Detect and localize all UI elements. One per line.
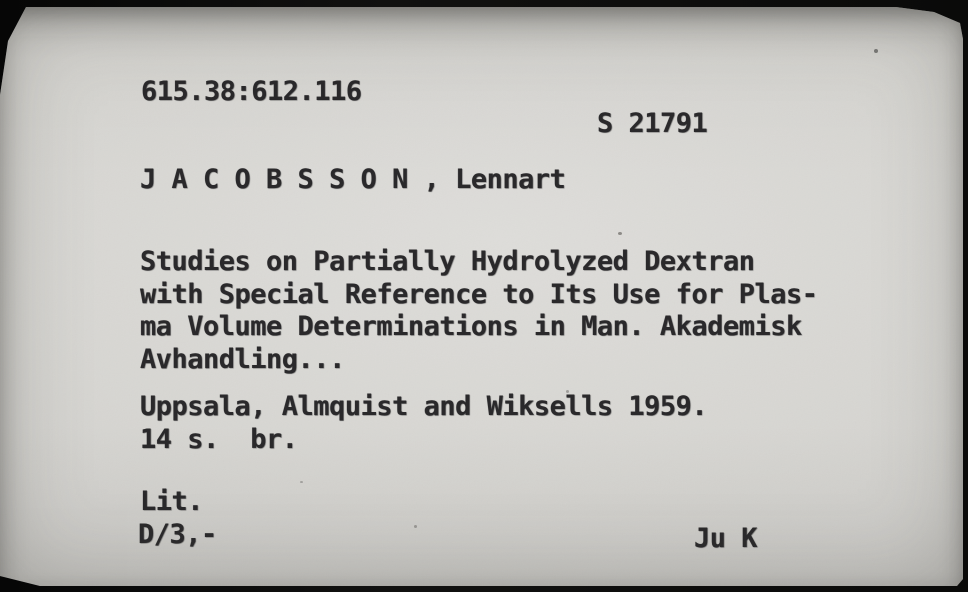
title-line-4: Avhandling...: [140, 344, 817, 377]
title-block: Studies on Partially Hydrolyzed Dextran …: [140, 246, 817, 376]
scan-speck: [300, 481, 303, 483]
collation-line: 14 s. br.: [140, 424, 298, 455]
scan-speck: [414, 525, 417, 528]
price-code: D/3,-: [138, 519, 217, 550]
catalog-card: 615.38:612.116 S 21791 J A C O B S S O N…: [0, 7, 965, 588]
author-heading: J A C O B S S O N , Lennart: [140, 164, 565, 195]
scan-speck: [618, 232, 622, 235]
title-line-1: Studies on Partially Hydrolyzed Dextran: [140, 246, 817, 279]
note-line: Lit.: [140, 486, 203, 517]
title-line-3: ma Volume Determinations in Man. Akademi…: [140, 311, 817, 344]
title-line-2: with Special Reference to Its Use for Pl…: [140, 279, 817, 312]
scan-speck: [874, 49, 878, 53]
accession-number: S 21791: [597, 108, 707, 139]
cataloguer-initials: Ju K: [694, 523, 757, 554]
scan-background: 615.38:612.116 S 21791 J A C O B S S O N…: [0, 0, 968, 592]
classification-number: 615.38:612.116: [141, 76, 362, 107]
imprint-line: Uppsala, Almquist and Wiksells 1959.: [140, 391, 707, 422]
